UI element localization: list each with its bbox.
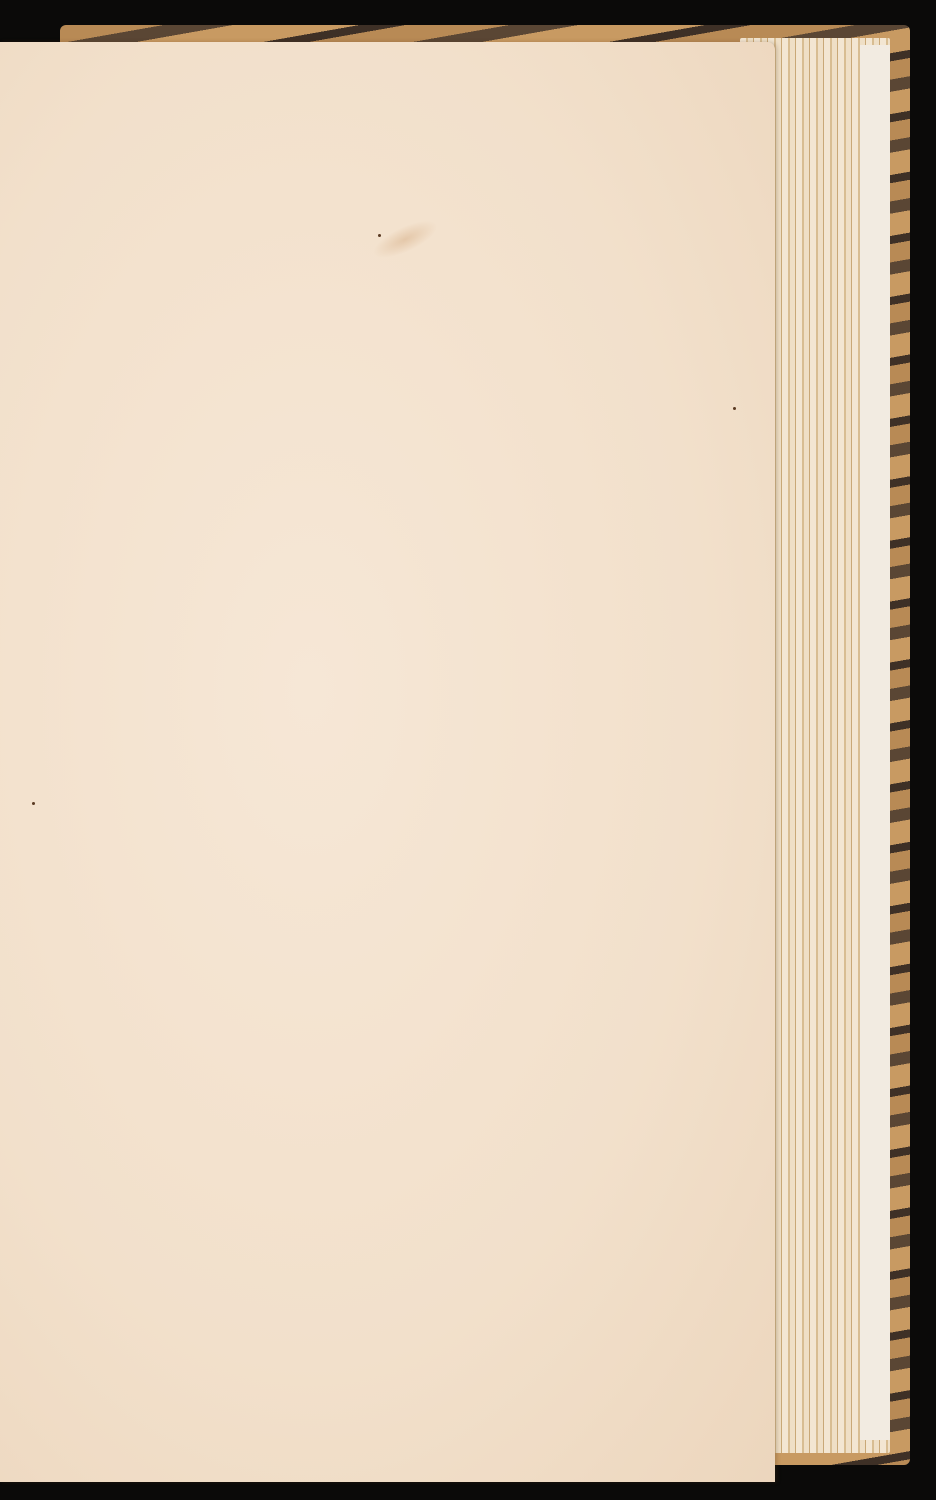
flyleaf-edge: [860, 45, 890, 1440]
blank-book-page: [0, 42, 775, 1482]
foxing-spot: [32, 802, 35, 805]
foxing-spot: [378, 234, 381, 237]
page-stain: [368, 213, 442, 265]
foxing-spot: [733, 407, 736, 410]
